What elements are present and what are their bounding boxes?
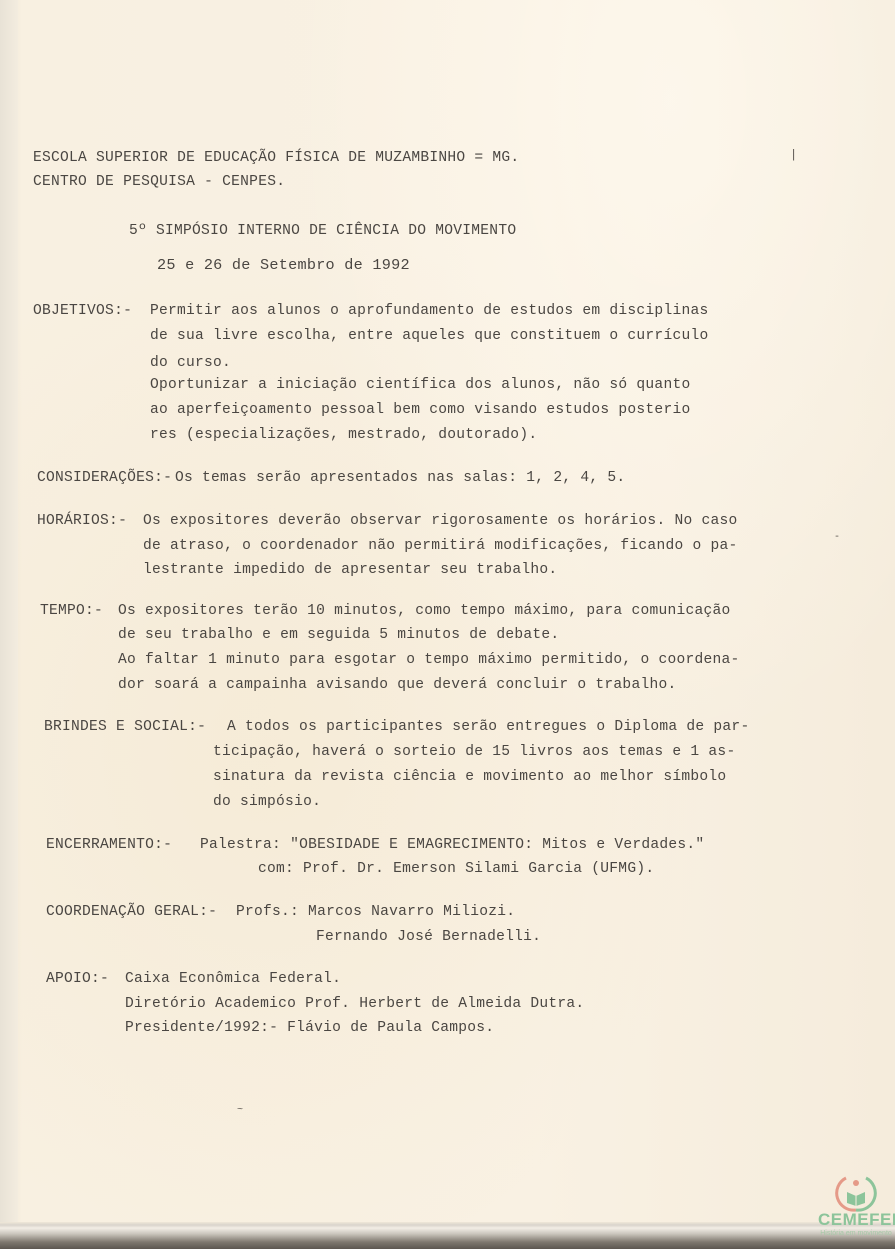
stray-mark: | — [790, 148, 797, 162]
section-label-apoio: APOIO:- — [46, 970, 109, 988]
objetivos-line: Oportunizar a iniciação científica dos a… — [150, 376, 690, 394]
section-label-objetivos: OBJETIVOS:- — [33, 302, 132, 320]
apoio-line: Caixa Econômica Federal. — [125, 970, 341, 988]
objetivos-line: de sua livre escolha, entre aqueles que … — [150, 327, 708, 345]
apoio-line: Presidente/1992:- Flávio de Paula Campos… — [125, 1019, 494, 1037]
section-label-brindes: BRINDES E SOCIAL:- — [44, 718, 206, 736]
section-label-tempo: TEMPO:- — [40, 602, 103, 620]
event-date: 25 e 26 de Setembro de 1992 — [157, 256, 410, 274]
brindes-line: do simpósio. — [213, 793, 321, 811]
logo-tagline: História em movimento — [818, 1230, 894, 1237]
book-reader-icon — [818, 1172, 894, 1212]
brindes-line: A todos os participantes serão entregues… — [227, 718, 749, 736]
tempo-line: de seu trabalho e em seguida 5 minutos d… — [118, 626, 559, 644]
section-label-horarios: HORÁRIOS:- — [37, 512, 127, 530]
objetivos-line: ao aperfeiçoamento pessoal bem como visa… — [150, 401, 690, 419]
horarios-line: lestrante impedido de apresentar seu tra… — [143, 561, 557, 579]
stray-mark: - — [834, 532, 840, 543]
stray-mark: ~ — [237, 1105, 243, 1116]
objetivos-line: do curso. — [150, 354, 231, 372]
apoio-line: Diretório Academico Prof. Herbert de Alm… — [125, 995, 584, 1013]
document-title: 5º SIMPÓSIO INTERNO DE CIÊNCIA DO MOVIME… — [129, 222, 516, 240]
encerramento-line: Palestra: "OBESIDADE E EMAGRECIMENTO: Mi… — [200, 836, 704, 854]
objetivos-line: res (especializações, mestrado, doutorad… — [150, 426, 537, 444]
horarios-line: de atraso, o coordenador não permitirá m… — [143, 537, 738, 555]
tempo-line: Os expositores terão 10 minutos, como te… — [118, 602, 731, 620]
objetivos-line: Permitir aos alunos o aprofundamento de … — [150, 302, 708, 320]
consideracoes-line: Os temas serão apresentados nas salas: 1… — [175, 469, 625, 487]
page-bottom-edge — [0, 1222, 895, 1249]
logo-name: CEMEFEL — [818, 1210, 894, 1230]
coordenacao-line: Profs.: Marcos Navarro Miliozi. — [236, 903, 515, 921]
page-left-edge — [0, 0, 18, 1249]
institution-name: ESCOLA SUPERIOR DE EDUCAÇÃO FÍSICA DE MU… — [33, 149, 519, 167]
brindes-line: ticipação, haverá o sorteio de 15 livros… — [213, 743, 735, 761]
section-label-consideracoes: CONSIDERAÇÕES:- — [37, 469, 172, 487]
section-label-coordenacao: COORDENAÇÃO GERAL:- — [46, 903, 217, 921]
tempo-line: Ao faltar 1 minuto para esgotar o tempo … — [118, 651, 740, 669]
coordenacao-line: Fernando José Bernadelli. — [316, 928, 541, 946]
brindes-line: sinatura da revista ciência e movimento … — [213, 768, 726, 786]
cemefel-logo: CEMEFEL História em movimento — [818, 1172, 894, 1248]
horarios-line: Os expositores deverão observar rigorosa… — [143, 512, 738, 530]
tempo-line: dor soará a campainha avisando que dever… — [118, 676, 676, 694]
research-center: CENTRO DE PESQUISA - CENPES. — [33, 173, 285, 191]
encerramento-line: com: Prof. Dr. Emerson Silami Garcia (UF… — [258, 860, 654, 878]
section-label-encerramento: ENCERRAMENTO:- — [46, 836, 172, 854]
scanned-page: ESCOLA SUPERIOR DE EDUCAÇÃO FÍSICA DE MU… — [0, 0, 895, 1249]
